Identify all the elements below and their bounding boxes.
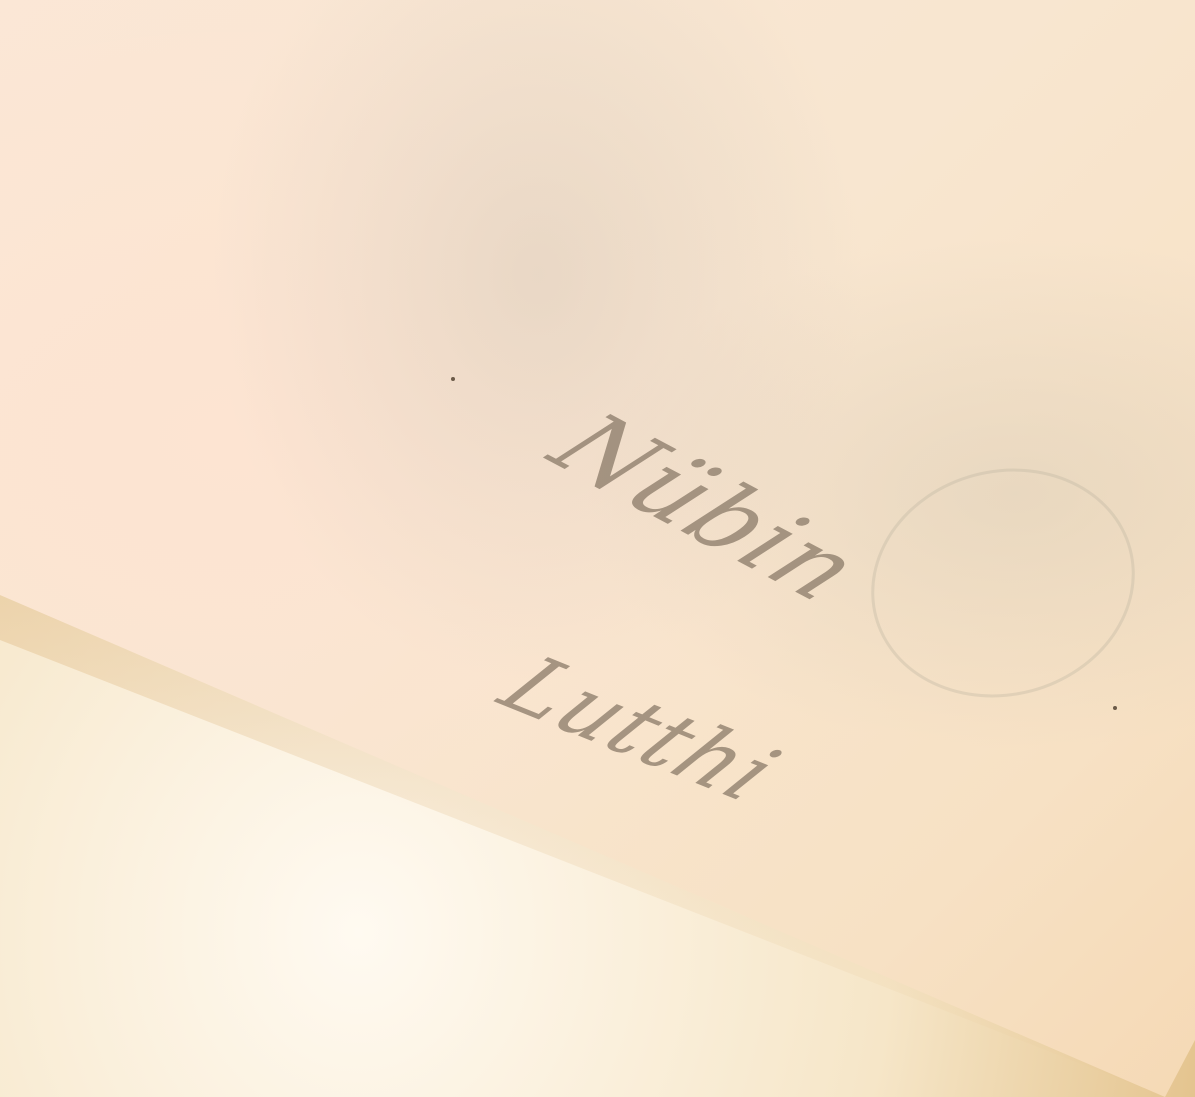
paper-speck <box>1113 706 1117 710</box>
paper-speck <box>451 377 455 381</box>
photo-scene: Nübin Lutthi <box>0 0 1195 1097</box>
